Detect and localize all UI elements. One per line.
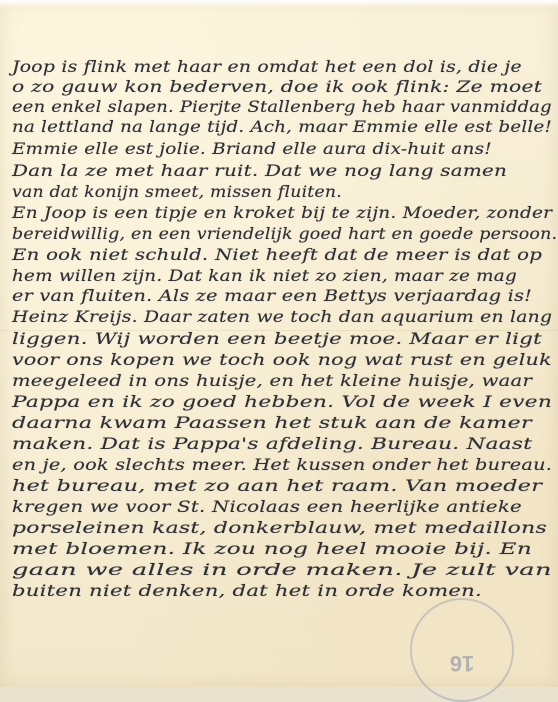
letter-line: maken. Dat is Pappa's afdeling. Bureau. … [12,435,532,453]
letter-line: er van fluiten. Als ze maar een Bettys v… [12,287,532,305]
letter-line: hem willen zijn. Dat kan ik niet zo zien… [12,267,517,285]
letter-line: Dan la ze met haar ruit. Dat we nog lang… [12,162,507,180]
paper-top-edge [0,0,558,8]
letter-line: gaan we alles in orde maken. Je zult van [12,561,552,579]
letter-line: een enkel slapen. Pierjte Stallenberg he… [12,98,552,116]
letter-line: En Joop is een tipje en kroket bij te zi… [12,204,552,222]
stamp-number: 16 [412,650,512,676]
letter-line: het bureau, met zo aan het raam. Van moe… [12,477,542,495]
letter-line: liggen. Wij worden een beetje moe. Maar … [12,330,542,348]
letter-line: meegeleed in ons huisje, en het kleine h… [12,372,532,390]
letter-page: Joop is flink met haar en omdat het een … [0,0,558,687]
letter-line: voor ons kopen we toch ook nog wat rust … [12,351,552,369]
letter-line: Heinz Kreijs. Daar zaten we toch dan aqu… [12,308,552,326]
letter-line: porseleinen kast, donkerblauw, met medai… [12,519,547,537]
letter-line: Pappa en ik zo goed hebben. Vol de week … [12,393,552,411]
archive-stamp: 16 [410,598,514,687]
letter-line: na lettland na lange tijd. Ach, maar Emm… [12,118,552,136]
letter-line: Joop is flink met haar en omdat het een … [12,58,522,76]
letter-line: buiten niet denken, dat het in orde kome… [12,582,482,600]
letter-line: en je, ook slechts meer. Het kussen onde… [12,456,552,474]
letter-line: met bloemen. Ik zou nog heel mooie bij. … [12,540,532,558]
letter-line: bereidwillig, en een vriendelijk goed ha… [12,225,557,243]
letter-line: kregen we voor St. Nicolaas een heerlijk… [12,498,522,516]
letter-line: daarna kwam Paassen het stuk aan de kame… [12,414,532,432]
letter-line: Emmie elle est jolie. Briand elle aura d… [12,140,492,158]
letter-line: van dat konijn smeet, missen fluiten. [12,183,342,201]
letter-line: En ook niet schuld. Niet heeft dat de me… [12,246,542,264]
letter-line: o zo gauw kon bederven, doe ik ook flink… [12,78,542,96]
